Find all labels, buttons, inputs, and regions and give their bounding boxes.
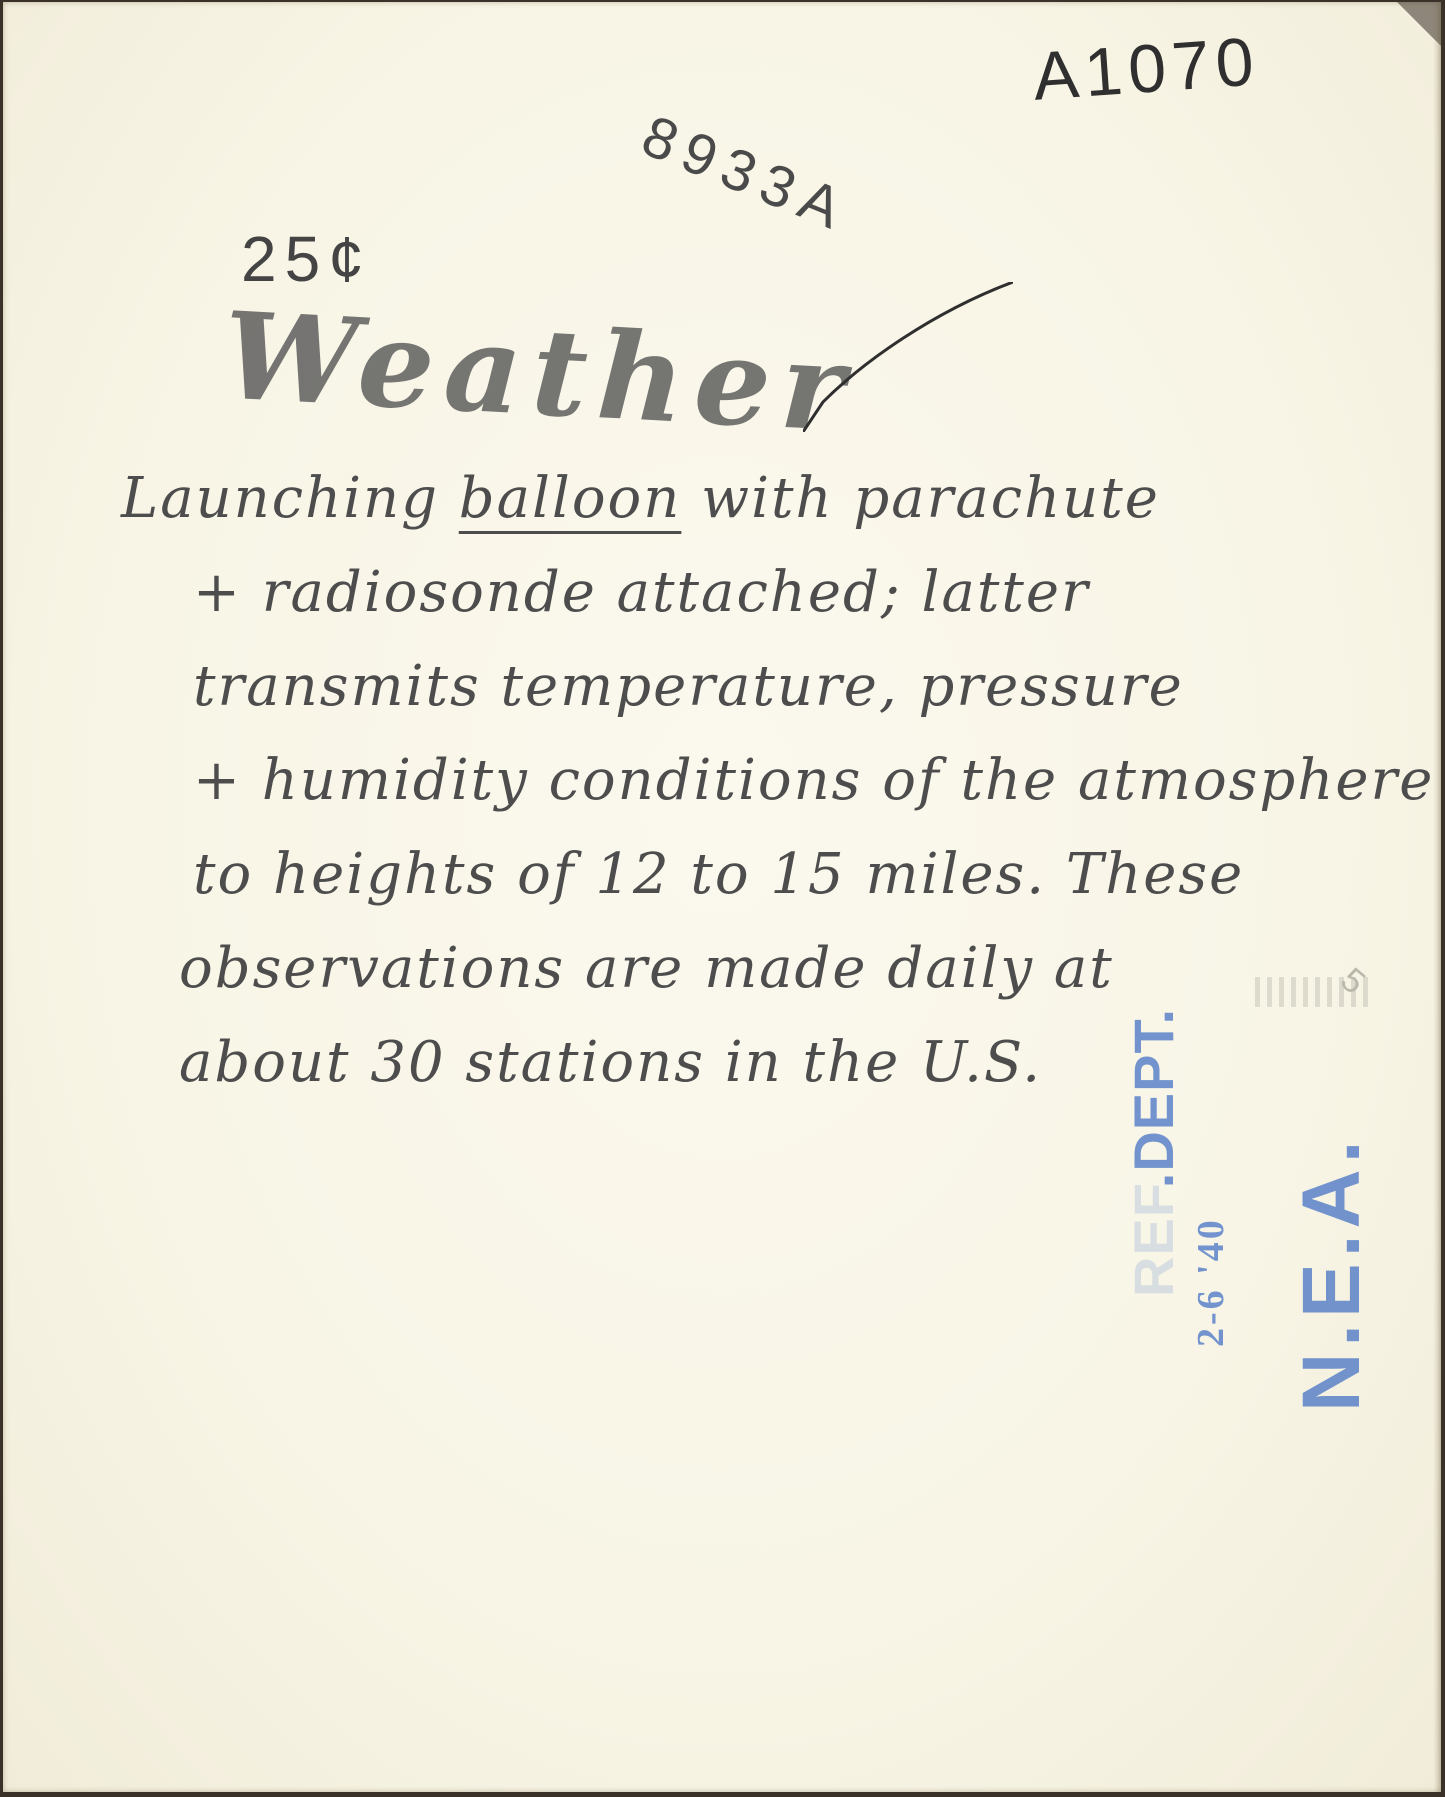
caption-line-4: + humidity conditions of the atmosphere [193,734,1421,828]
stamp-dept: REF.DEPT. [1121,1008,1186,1297]
caption-block: Launching balloon with parachute + radio… [121,452,1421,1110]
stamp-dept-prefix: REF [1122,1188,1185,1297]
price-annotation: 25¢ [241,222,372,296]
caption-line-3: transmits temperature, pressure [193,640,1421,734]
stamp-date: 2-6 '40 [1189,1217,1233,1347]
stamp-organization: N.E.A. [1285,1135,1379,1412]
caption-line-6: observations are made daily at [179,922,1421,1016]
caption-line-1-text: Launching balloon with parachute [121,466,1160,531]
reference-code-a1070: A1070 [1031,22,1263,116]
caption-line-7: about 30 stations in the U.S. [179,1016,1421,1110]
caption-line-2: + radiosonde attached; latter [193,546,1421,640]
subject-title: Weather [220,286,858,460]
photo-back-page: A1070 8933A 25¢ Weather Launching balloo… [3,2,1441,1792]
reference-code-8933a: 8933A [633,102,860,246]
underlined-word: balloon [459,466,682,531]
stamp-dept-label: .DEPT. [1122,1008,1185,1188]
caption-line-1: Launching balloon with parachute [121,452,1421,546]
edge-stain [1433,2,1441,1792]
check-mark-icon [803,282,1013,432]
caption-line-5: to heights of 12 to 15 miles. These [193,828,1421,922]
